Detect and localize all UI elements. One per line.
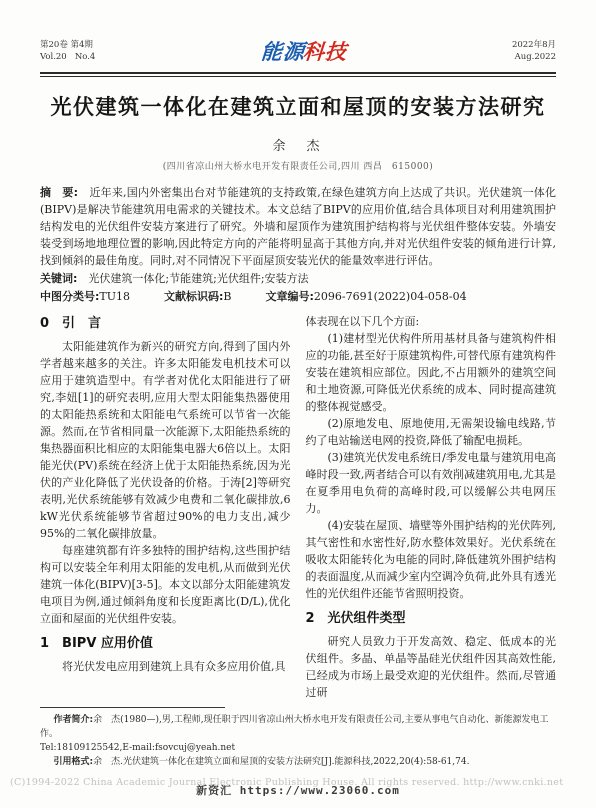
document-code: 文献标识码:B (164, 288, 232, 305)
author-name: 余 杰 (40, 135, 556, 154)
abstract: 摘 要: 近年来,国内外密集出台对节能建筑的支持政策,在绿色建筑方向上达成了共识… (40, 184, 556, 269)
article-id: 文章编号:2096-7691(2022)04-058-04 (266, 288, 467, 305)
keywords-label: 关键词: (40, 272, 77, 285)
paragraph: 将光伏发电应用到建筑上具有众多应用价值,具 (40, 658, 291, 675)
journal-logo: 能源科技 (260, 36, 348, 66)
volume-info: 第20卷 第4期Vol.20 No.4 (40, 39, 95, 63)
section-heading-1: 1 BIPV 应用价值 (40, 635, 291, 652)
citation-format: 引用格式:余 杰.光伏建筑一体化在建筑立面和屋顶的安装方法研究[J].能源科技,… (40, 755, 556, 769)
author-affiliation: (四川省凉山州大桥水电开发有限责任公司,四川 西昌 615000) (40, 159, 556, 172)
paragraph: 每座建筑都有许多独特的围护结构,这些围护结构可以安装全年利用太阳能的发电机,从而… (40, 542, 291, 627)
paragraph: 研究人员致力于开发高效、稳定、低成本的光伏组件。多晶、单晶等晶硅光伏组件因其高效… (306, 633, 557, 701)
date-en: Aug.2022 (515, 52, 556, 62)
keywords: 关键词: 光伏建筑一体化;节能建筑;光伏组件;安装方法 (40, 270, 556, 287)
clc-number: 中图分类号:TU18 (40, 288, 130, 305)
paragraph: (3)建筑光伏发电系统日/季发电量与建筑用电高峰时段一致,两者结合可以有效削减建… (306, 449, 557, 517)
body-columns: 0 引 言 太阳能建筑作为新兴的研究方向,得到了国内外学者越来越多的关注。许多太… (40, 313, 556, 701)
author-contact: Tel:18109125542,E-mail:fsovcuj@yeah.net (40, 741, 556, 755)
author-bio: 作者简介:余 杰(1980—),男,工程师,现任职于四川省凉山州大桥水电开发有限… (40, 713, 556, 741)
paragraph: (1)建材型光伏构件所用基材具备与建筑构件相应的功能,甚至好于原建筑构件,可替代… (306, 330, 557, 415)
issue-date: 2022年8月Aug.2022 (512, 39, 556, 63)
site-watermark: 新资汇 https://www.23060.com (0, 782, 596, 798)
journal-page: 第20卷 第4期Vol.20 No.4 能源科技 2022年8月Aug.2022… (0, 0, 596, 808)
header-divider (40, 72, 556, 77)
abstract-label: 摘 要: (40, 186, 78, 199)
paragraph: 太阳能建筑作为新兴的研究方向,得到了国内外学者越来越多的关注。许多太阳能发电机技… (40, 338, 291, 542)
article-meta: 中图分类号:TU18 文献标识码:B 文章编号:2096-7691(2022)0… (40, 288, 556, 305)
footnote-area: 作者简介:余 杰(1980—),男,工程师,现任职于四川省凉山州大桥水电开发有限… (40, 707, 556, 769)
footnote-rule (40, 707, 225, 708)
section-heading-0: 0 引 言 (40, 315, 291, 332)
article-title: 光伏建筑一体化在建筑立面和屋顶的安装方法研究 (40, 91, 556, 121)
volume-cn: 第20卷 第4期 (40, 40, 93, 50)
date-cn: 2022年8月 (512, 40, 556, 50)
paragraph: (4)安装在屋顶、墙壁等外围护结构的光伏阵列,其气密性和水密性好,防水整体效果好… (306, 517, 557, 602)
left-column: 0 引 言 太阳能建筑作为新兴的研究方向,得到了国内外学者越来越多的关注。许多太… (40, 313, 291, 701)
volume-en: Vol.20 No.4 (40, 52, 95, 62)
paragraph: (2)原地发电、原地使用,无需架设输电线路,节约了电站输送电网的投资,降低了输配… (306, 415, 557, 449)
right-column: 体表现在以下几个方面: (1)建材型光伏构件所用基材具备与建筑构件相应的功能,甚… (306, 313, 557, 701)
paragraph-continuation: 体表现在以下几个方面: (306, 313, 557, 330)
journal-logo-part2: 科技 (302, 40, 348, 64)
section-heading-2: 2 光伏组件类型 (306, 610, 557, 627)
journal-logo-part1: 能源 (260, 40, 306, 64)
page-header: 第20卷 第4期Vol.20 No.4 能源科技 2022年8月Aug.2022 (40, 36, 556, 66)
abstract-text: 近年来,国内外密集出台对节能建筑的支持政策,在绿色建筑方向上达成了共识。光伏建筑… (40, 186, 556, 267)
keywords-text: 光伏建筑一体化;节能建筑;光伏组件;安装方法 (88, 272, 308, 285)
